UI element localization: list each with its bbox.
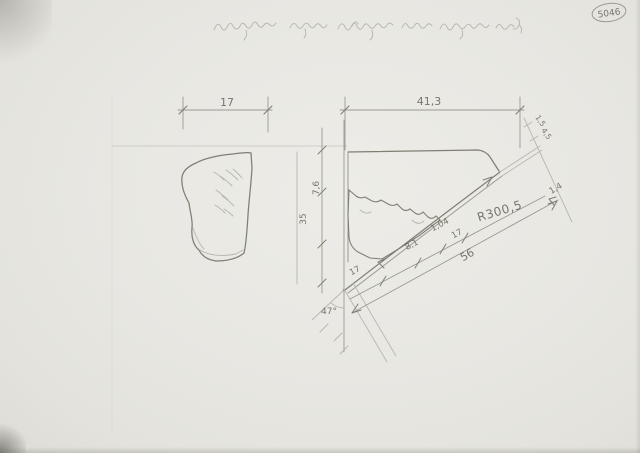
section-dim-upper-label: 7,6: [312, 181, 322, 196]
left-stone-section: [182, 153, 252, 261]
angle-label: 47°: [321, 307, 337, 317]
dimension-tick: [415, 258, 421, 268]
scan-corner-shadow: [0, 0, 52, 70]
right-top-dimension: 41,3: [340, 95, 524, 150]
extension-line: [344, 289, 387, 362]
fragment-outline: [348, 190, 440, 259]
section-dimensions: 7,6 35: [297, 128, 326, 293]
stone-hatching: [214, 169, 242, 216]
guide-lines: [112, 96, 347, 432]
chain-dim-label: 17: [450, 227, 464, 241]
left-dimension: 17: [178, 96, 272, 132]
left-width-dim-label: 17: [220, 96, 234, 109]
chain-dim-label: 1,04: [429, 216, 450, 234]
hypotenuse-line-double: [348, 176, 502, 293]
tick-mark: [334, 333, 342, 341]
stamp-number: 5046: [597, 7, 621, 20]
arrowhead: [548, 201, 557, 210]
inventory-stamp: 5046: [591, 1, 627, 24]
slope-extension-lines: [344, 118, 572, 362]
tick-mark: [320, 324, 328, 332]
total-length-label: 56: [458, 246, 477, 264]
top-dim-label: 41,3: [417, 95, 442, 108]
scanned-drawing-page: 5046 17 41,3 7,6: [0, 0, 640, 453]
stone-inner-contour: [200, 250, 243, 255]
band-width-label: 1,4: [548, 181, 565, 196]
total-length-dimension: 56: [352, 200, 558, 313]
section-dim-lower-label: 35: [299, 213, 309, 224]
chain-dim-label: 17: [348, 264, 362, 278]
drawing-canvas: 5046 17 41,3 7,6: [0, 0, 640, 453]
dimension-tick: [380, 276, 386, 286]
hypotenuse-line: [345, 172, 500, 290]
top-edge: [348, 150, 499, 171]
handwritten-caption: [214, 18, 522, 40]
hypotenuse-extension: [500, 146, 542, 176]
radius-label: R300,5: [476, 198, 524, 225]
scan-edge-shadow: [0, 447, 640, 453]
scan-edge-shadow: [635, 0, 640, 453]
angle-annotation: 47°: [312, 290, 344, 341]
dimension-line: [352, 200, 558, 313]
corner-dim-label: 4,5: [539, 126, 553, 141]
